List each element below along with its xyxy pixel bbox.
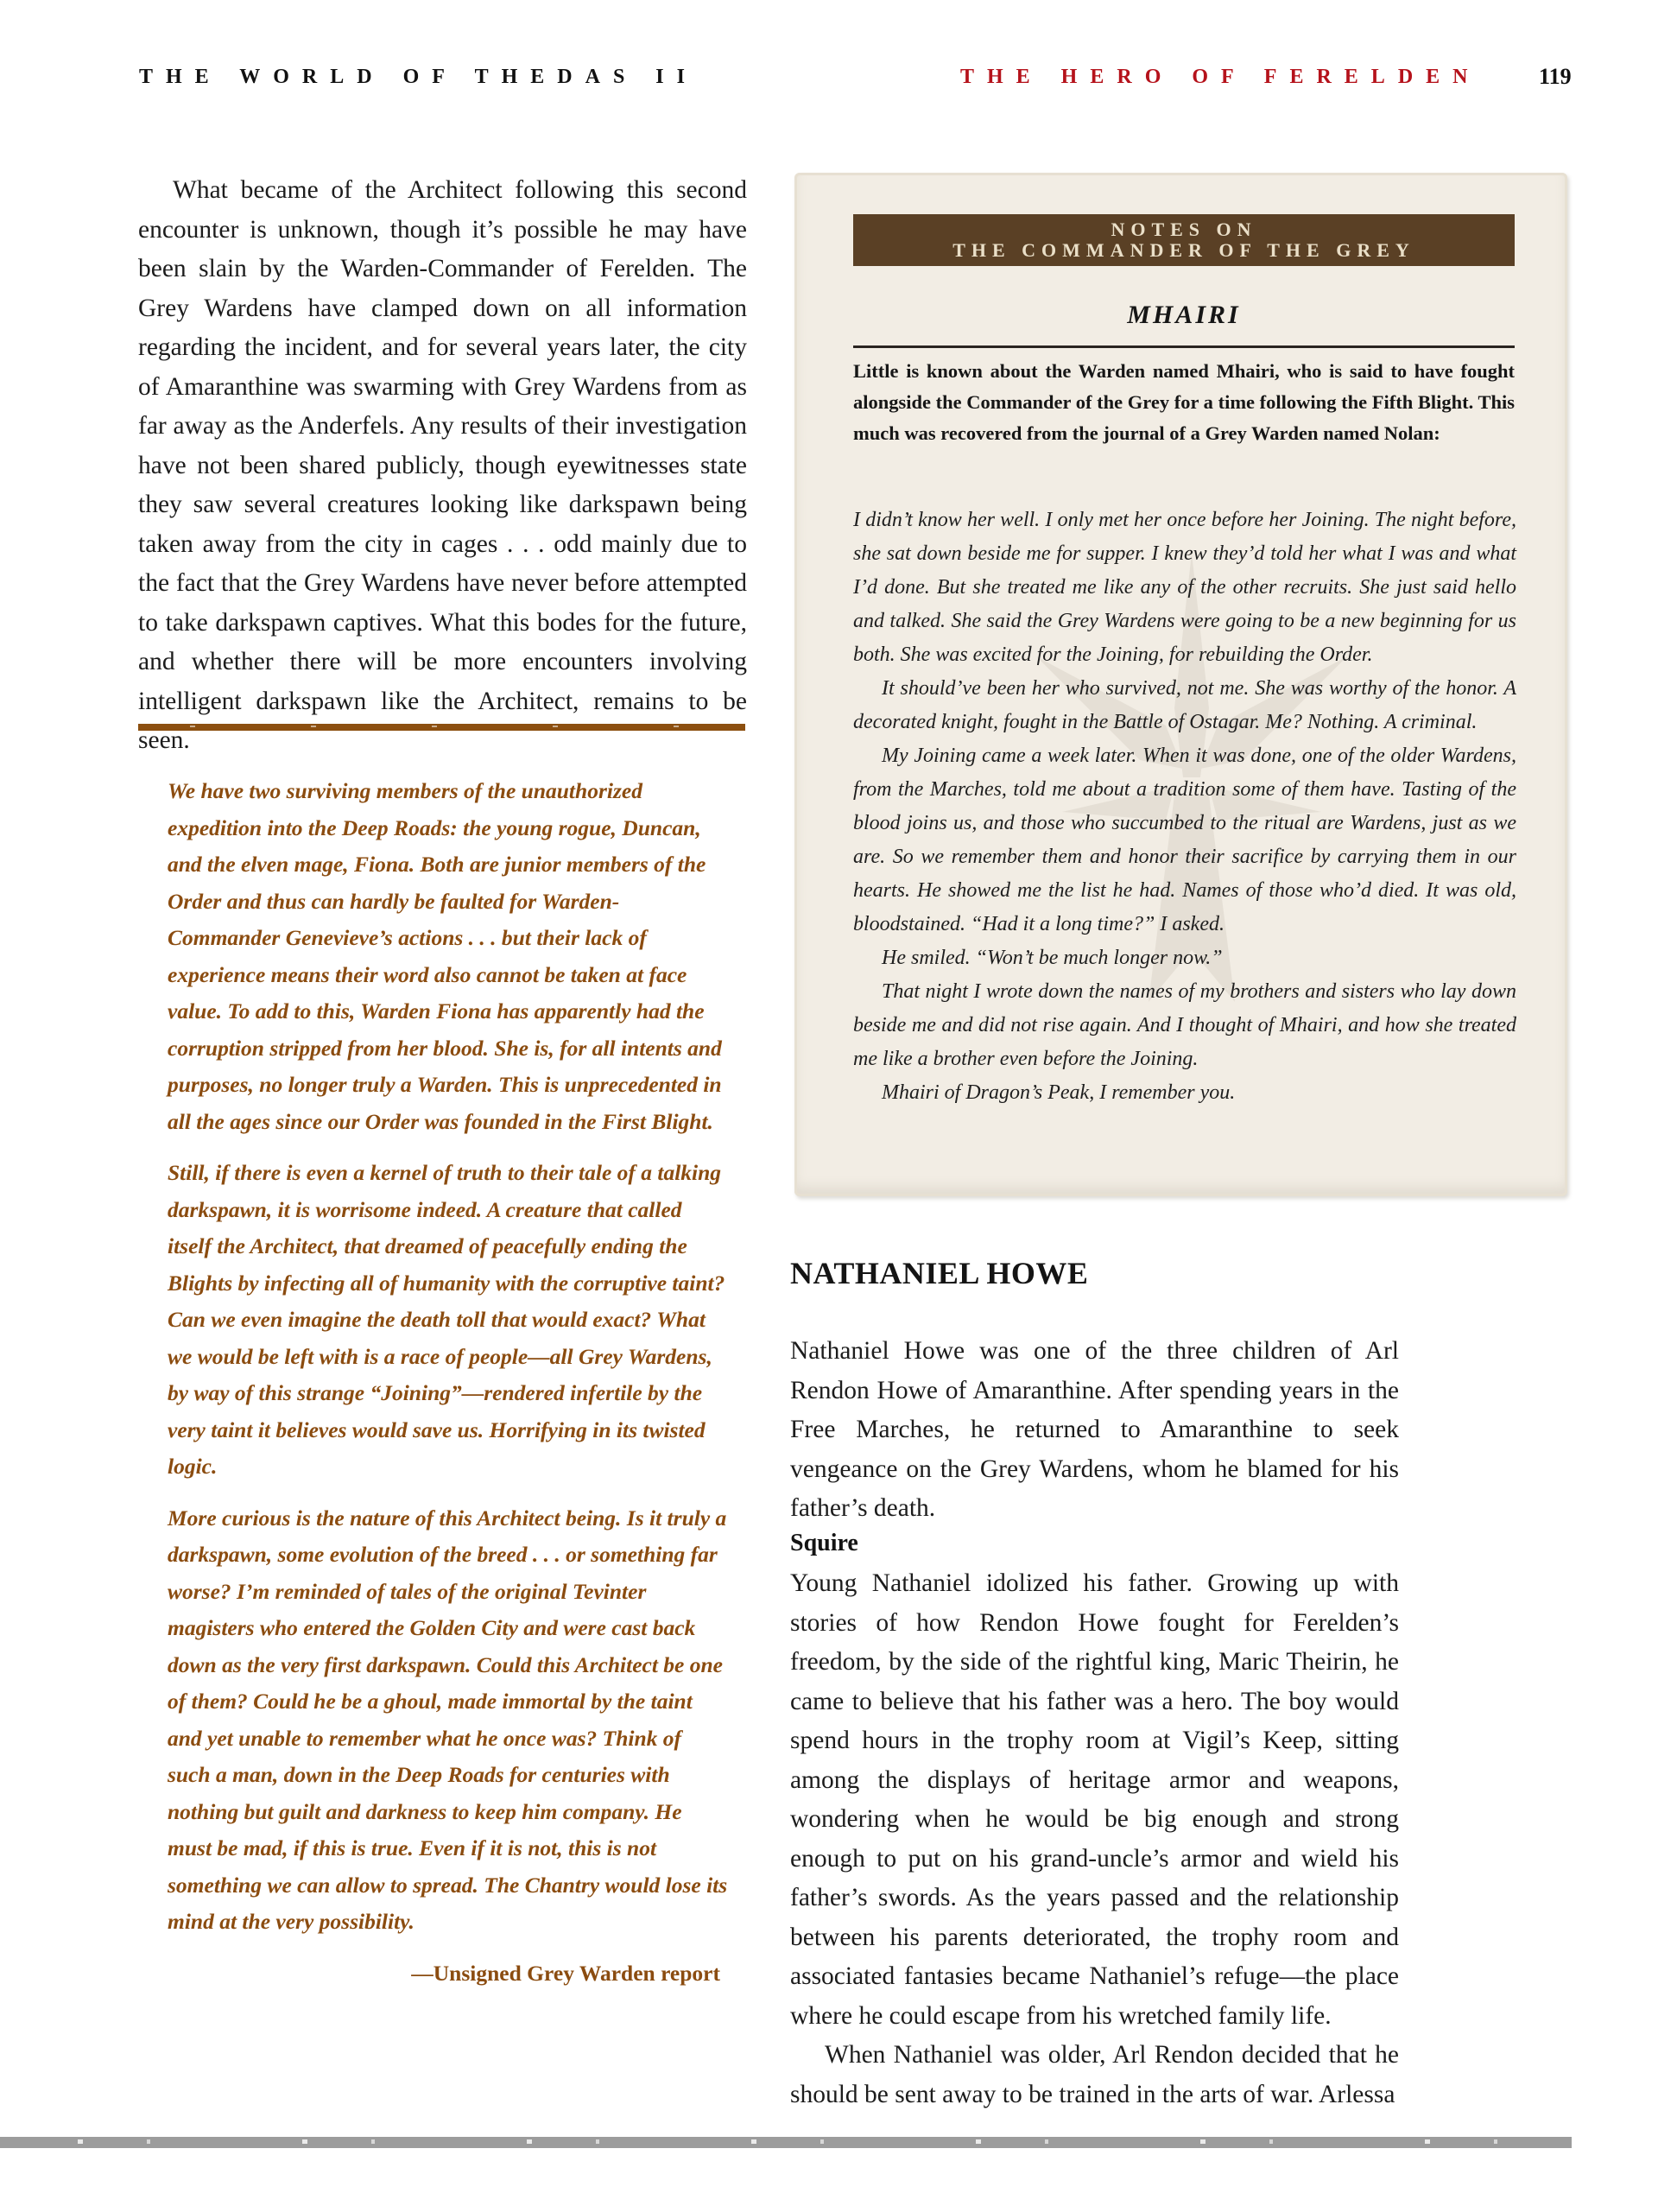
notes-parchment-box: NOTES ON THE COMMANDER OF THE GREY MHAIR… bbox=[794, 173, 1567, 1196]
journal-paragraph: My Joining came a week later. When it wa… bbox=[853, 739, 1516, 941]
subsection-body: Young Nathaniel idolized his father. Gro… bbox=[790, 1564, 1399, 2114]
journal-paragraph: That night I wrote down the names of my … bbox=[853, 975, 1516, 1076]
banner-line-2: THE COMMANDER OF THE GREY bbox=[853, 240, 1515, 261]
page-number: 119 bbox=[1539, 64, 1572, 90]
intro-paragraph: What became of the Architect following t… bbox=[138, 171, 747, 761]
subsection-paragraph: When Nathaniel was older, Arl Rendon dec… bbox=[790, 2036, 1399, 2114]
sidebar-paragraph: We have two surviving members of the una… bbox=[168, 773, 729, 1140]
journal-paragraph: He smiled. “Won’t be much longer now.” bbox=[853, 941, 1516, 975]
grey-warden-report-sidebar: We have two surviving members of the una… bbox=[168, 773, 729, 2006]
journal-excerpt: I didn’t know her well. I only met her o… bbox=[853, 504, 1516, 1110]
section-intro: Nathaniel Howe was one of the three chil… bbox=[790, 1332, 1399, 1529]
subsection-heading: Squire bbox=[790, 1530, 858, 1557]
notes-intro: Little is known about the Warden named M… bbox=[853, 356, 1515, 449]
intro-section: What became of the Architect following t… bbox=[138, 171, 747, 761]
section-intro-paragraph: Nathaniel Howe was one of the three chil… bbox=[790, 1332, 1399, 1529]
banner-line-1: NOTES ON bbox=[853, 219, 1515, 240]
journal-paragraph: It should’ve been her who survived, not … bbox=[853, 672, 1516, 739]
notes-title: MHAIRI bbox=[853, 301, 1515, 330]
journal-paragraph: I didn’t know her well. I only met her o… bbox=[853, 504, 1516, 672]
notes-banner: NOTES ON THE COMMANDER OF THE GREY bbox=[853, 214, 1515, 266]
section-divider bbox=[138, 724, 745, 731]
sidebar-paragraph: Still, if there is even a kernel of trut… bbox=[168, 1155, 729, 1486]
sidebar-attribution: —Unsigned Grey Warden report bbox=[168, 1955, 729, 1993]
subsection-paragraph: Young Nathaniel idolized his father. Gro… bbox=[790, 1564, 1399, 2036]
sidebar-paragraph: More curious is the nature of this Archi… bbox=[168, 1500, 729, 1941]
footer-texture-band bbox=[0, 2137, 1572, 2148]
running-header-chapter-title: THE HERO OF FERELDEN bbox=[960, 64, 1480, 90]
title-rule bbox=[853, 345, 1515, 348]
journal-paragraph: Mhairi of Dragon’s Peak, I remember you. bbox=[853, 1076, 1516, 1110]
section-heading: NATHANIEL HOWE bbox=[790, 1255, 1088, 1291]
running-header-book-title: THE WORLD OF THEDAS II bbox=[139, 64, 698, 90]
